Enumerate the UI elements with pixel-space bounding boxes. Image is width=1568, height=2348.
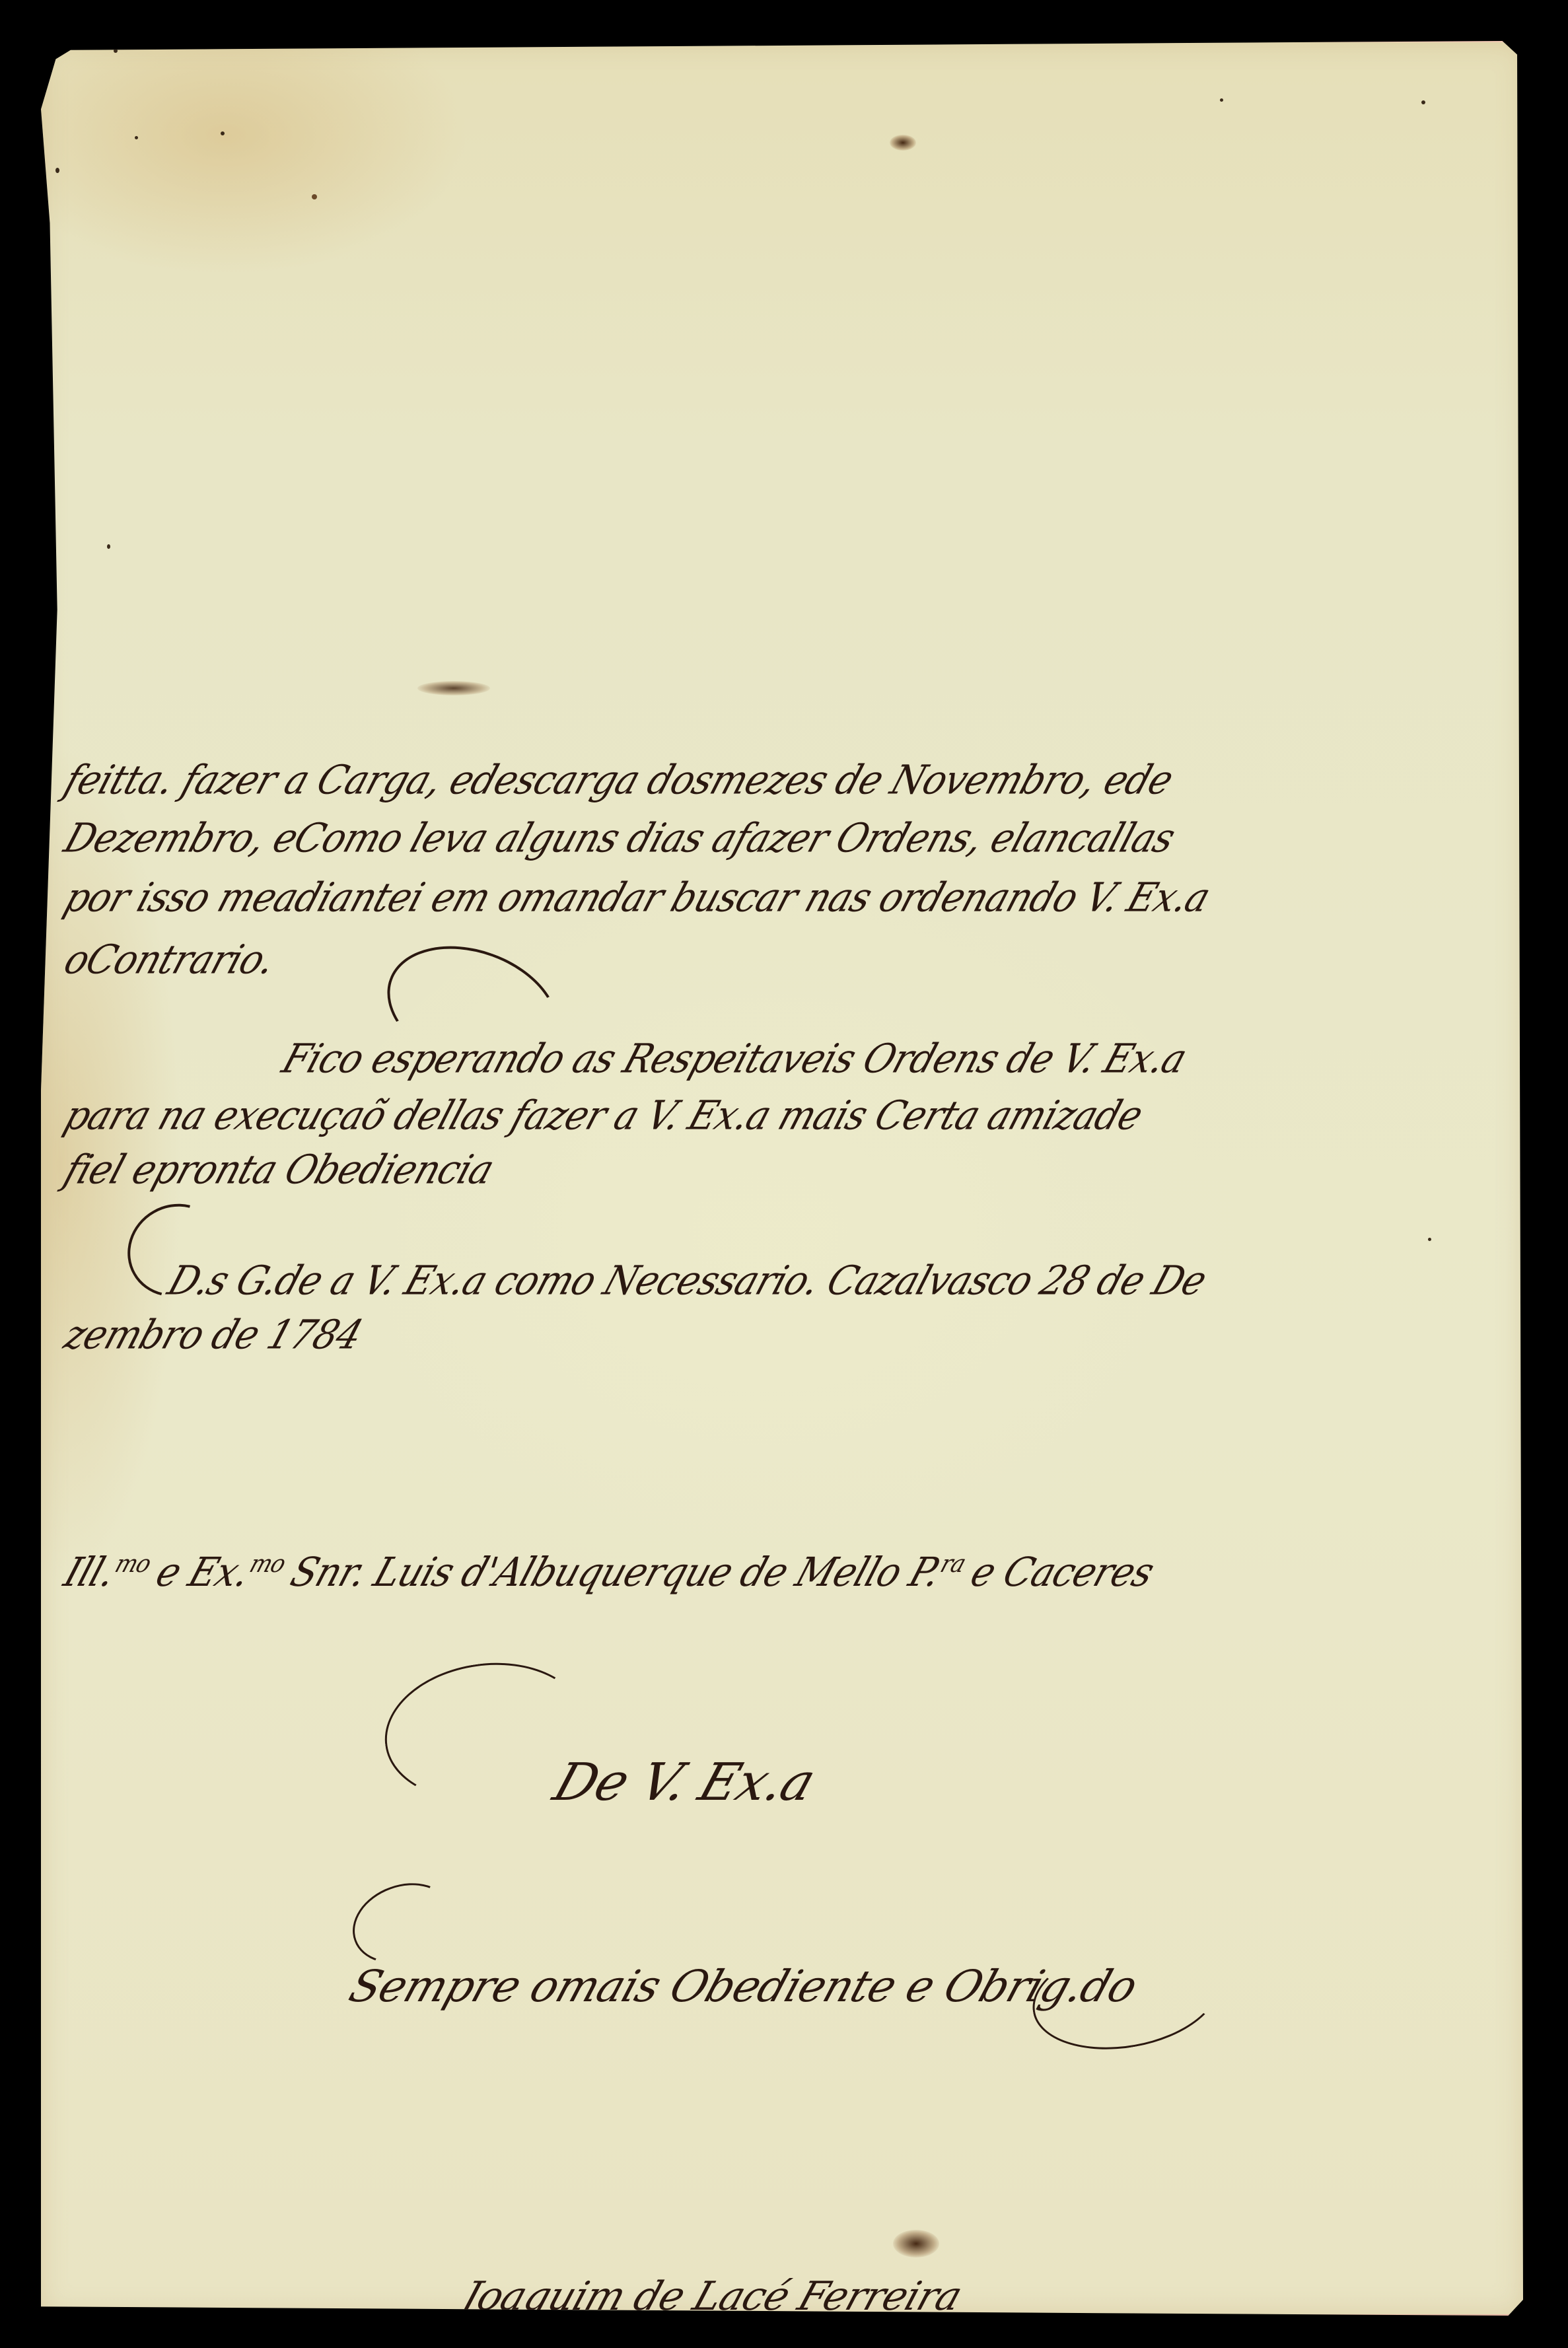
addressee-line: Ill.mo e Ex.mo Snr. Luis d'Albuquerque d… bbox=[59, 1552, 1158, 1593]
signature: Joaquim de Lacé Ferreira bbox=[456, 2273, 968, 2320]
valediction: Sempre omais Obediente e Obrig.do bbox=[343, 1961, 1143, 2012]
dateline-2: zembro de 1784 bbox=[59, 1316, 367, 1355]
body-line-2: Dezembro, eComo leva alguns dias afazer … bbox=[59, 819, 1179, 859]
valediction-tail-flourish bbox=[1024, 1929, 1229, 2063]
foxing-spot bbox=[221, 131, 225, 135]
body-line-7: fiel epronta Obediencia bbox=[59, 1151, 498, 1190]
foxing-spot bbox=[114, 49, 118, 53]
speck-cluster bbox=[890, 135, 916, 151]
foxing-spot bbox=[312, 194, 317, 199]
addressee-mid: e Ex. bbox=[151, 1549, 256, 1596]
manuscript-page: feitta. fazer a Carga, edescarga dosmeze… bbox=[41, 41, 1523, 2316]
foxing-spot bbox=[1220, 98, 1223, 102]
ink-smudge bbox=[417, 681, 490, 695]
foxing-spot bbox=[55, 168, 59, 173]
ink-blot bbox=[893, 2230, 939, 2258]
addressee-prefix: Ill. bbox=[58, 1549, 121, 1596]
body-line-4: oContrario. bbox=[59, 941, 279, 980]
body-line-3: por isso meadiantei em omandar buscar na… bbox=[59, 878, 1214, 918]
body-line-1: feitta. fazer a Carga, edescarga dosmeze… bbox=[59, 761, 1177, 800]
foxing-spot bbox=[1428, 1238, 1431, 1241]
dateline-1: D.s G.de a V. Ex.a como Necessario. Caza… bbox=[163, 1262, 1211, 1301]
foxing-spot bbox=[1421, 100, 1425, 104]
salutation: De V. Ex.a bbox=[546, 1753, 822, 1812]
body-line-6: para na execuçaõ dellas fazer a V. Ex.a … bbox=[59, 1096, 1147, 1136]
addressee-rest: Snr. Luis d'Albuquerque de Mello P. bbox=[285, 1549, 946, 1596]
foxing-spot bbox=[107, 544, 110, 549]
addressee-tail: e Caceres bbox=[965, 1549, 1159, 1596]
body-line-5: Fico esperando as Respeitaveis Ordens de… bbox=[277, 1040, 1191, 1079]
foxing-spot bbox=[135, 136, 138, 139]
